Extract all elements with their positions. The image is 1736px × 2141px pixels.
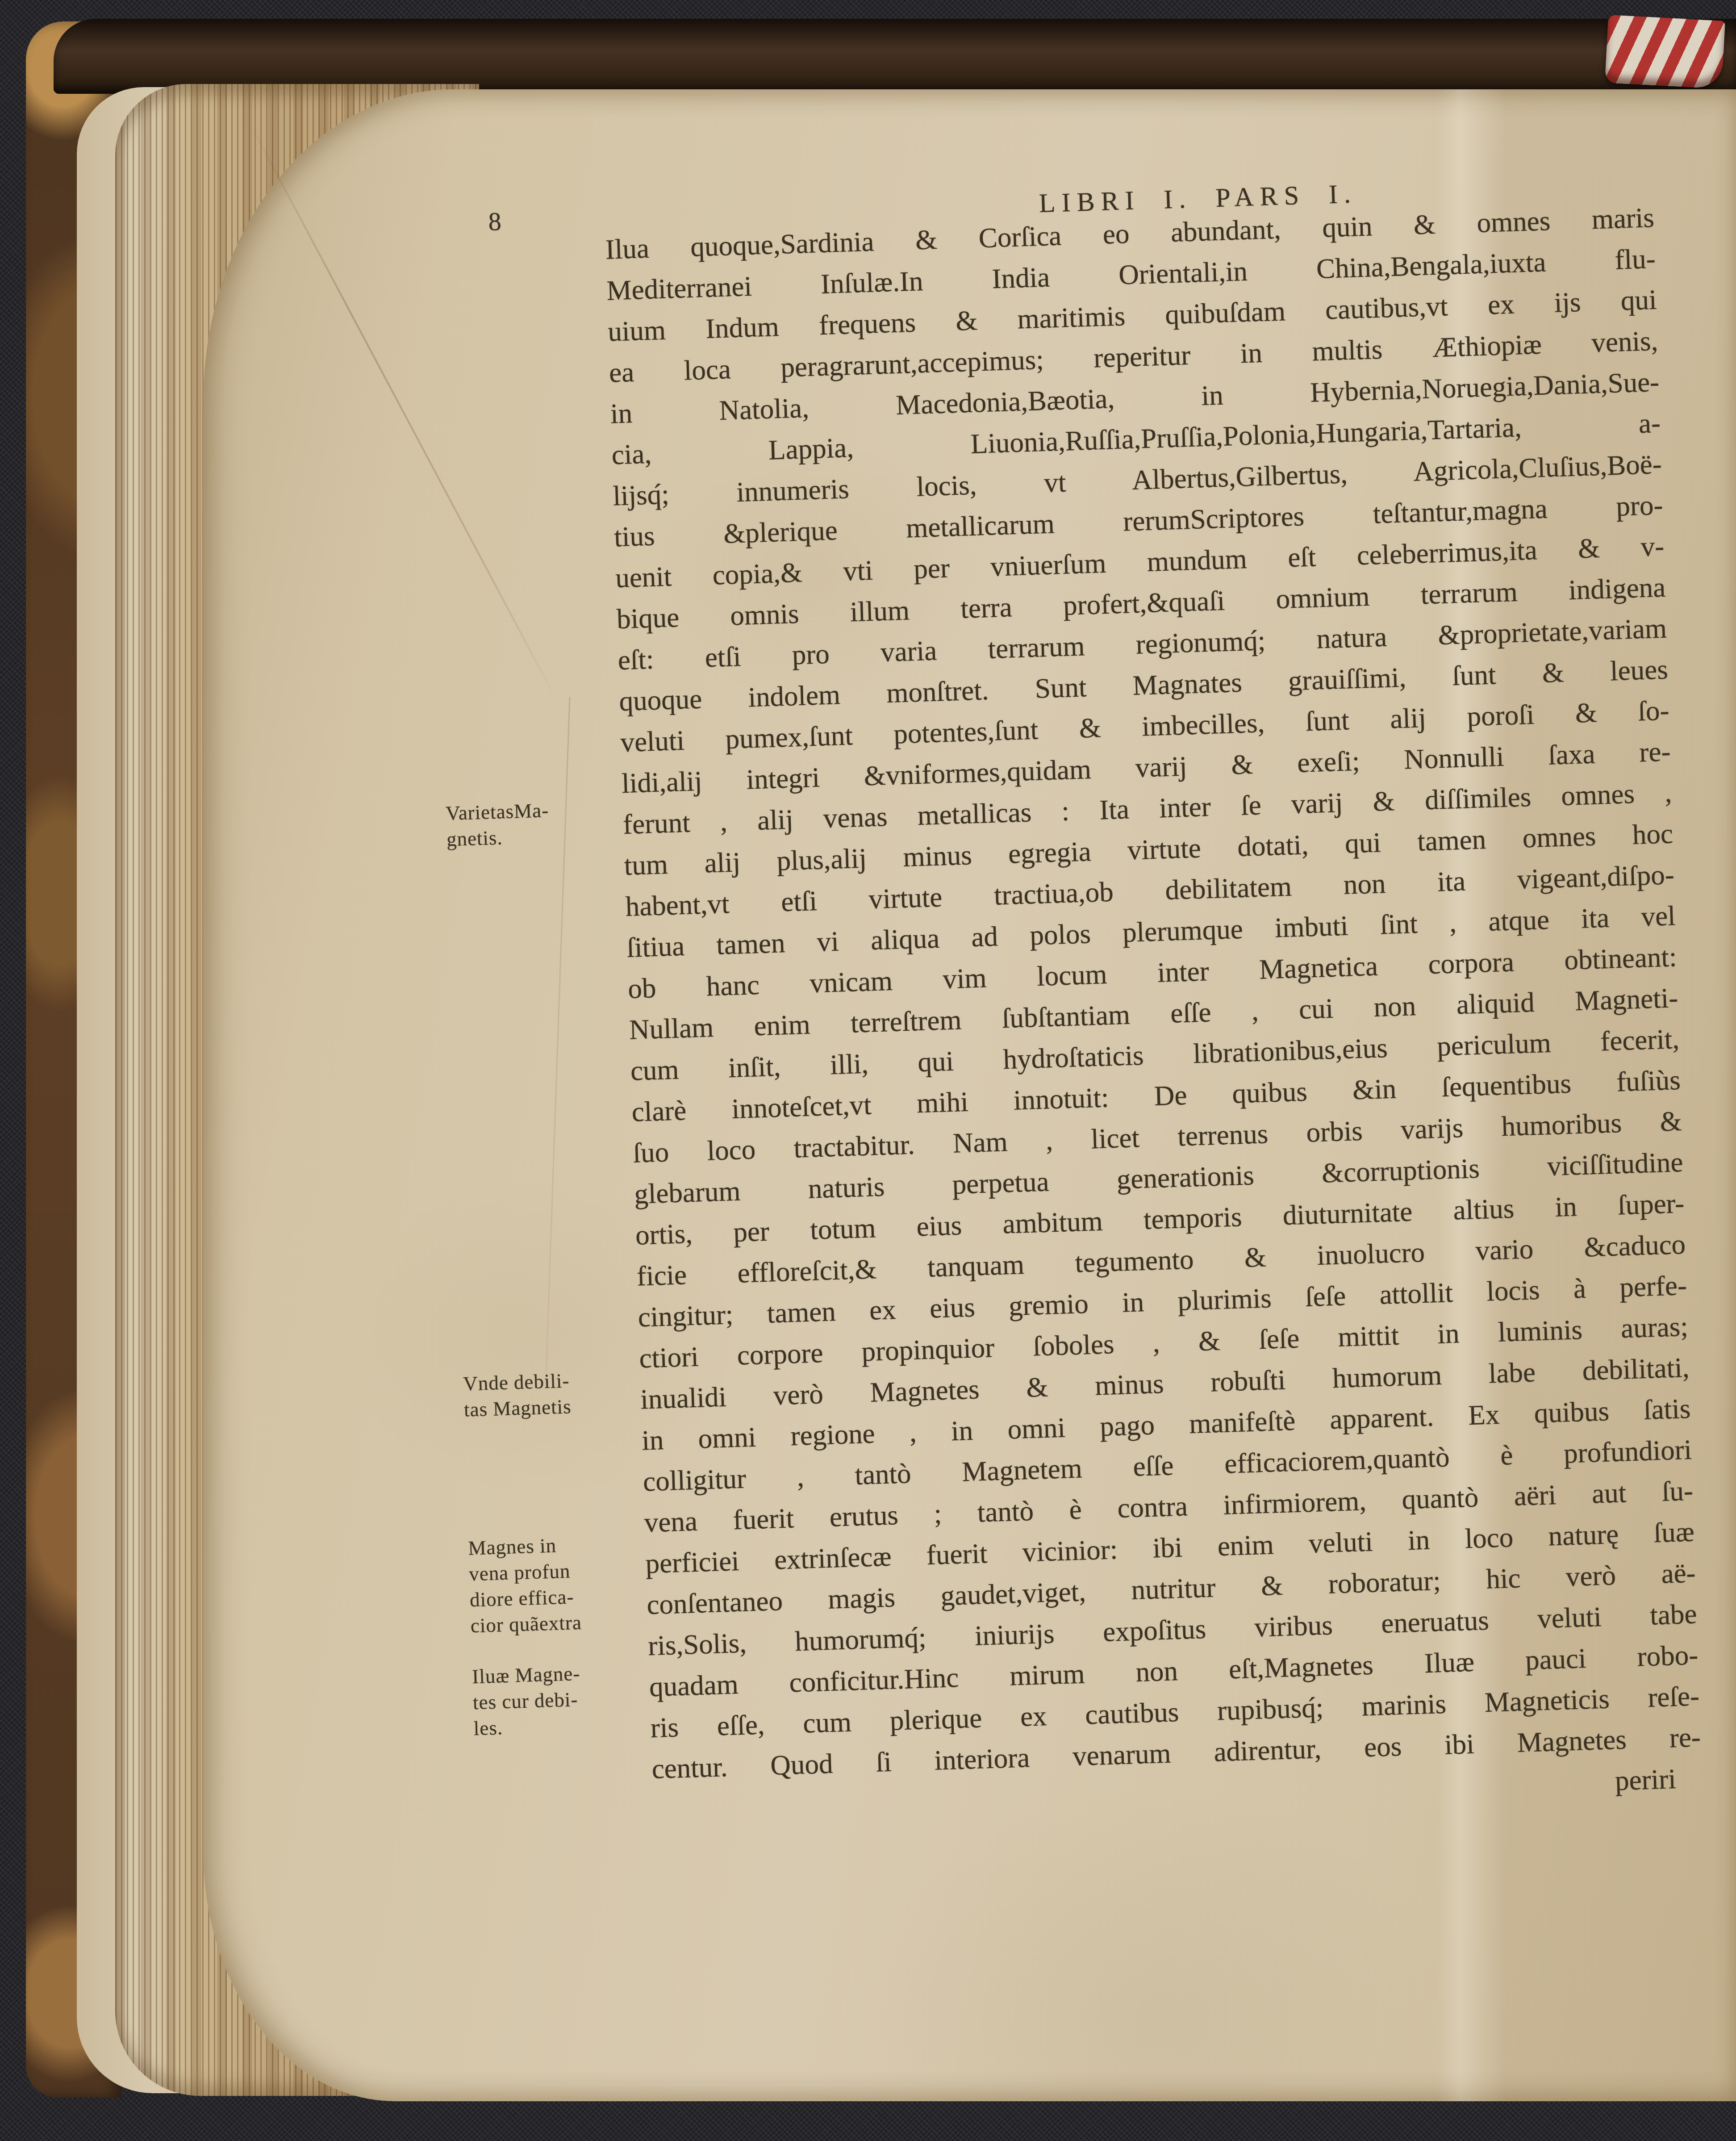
margin-note-line: tas Magnetis — [463, 1392, 638, 1423]
book-scan-photo: 8 LIBRI I. PARS I. VarietasMa-gnetis.Vnd… — [0, 0, 1736, 2141]
margin-note: Iluæ Magne-tes cur debi-les. — [472, 1658, 648, 1741]
background-cloth — [0, 2100, 1736, 2141]
book-cover-top-edge — [54, 19, 1736, 94]
margin-note: VarietasMa-gnetis. — [445, 795, 621, 852]
endband-ribbon — [1605, 15, 1725, 89]
margin-note-line: les. — [473, 1710, 648, 1741]
body-text: Ilua quoque,Sardinia & Corſica eo abunda… — [605, 197, 1701, 1790]
margin-note-line: cior quãextra — [470, 1607, 645, 1639]
margin-note-line: gnetis. — [446, 821, 621, 852]
margin-note: Magnes invena profundiore effica-cior qu… — [468, 1530, 645, 1639]
margin-note: Vnde debili-tas Magnetis — [463, 1366, 638, 1423]
printed-text-block: 8 LIBRI I. PARS I. VarietasMa-gnetis.Vnd… — [424, 129, 1727, 1917]
